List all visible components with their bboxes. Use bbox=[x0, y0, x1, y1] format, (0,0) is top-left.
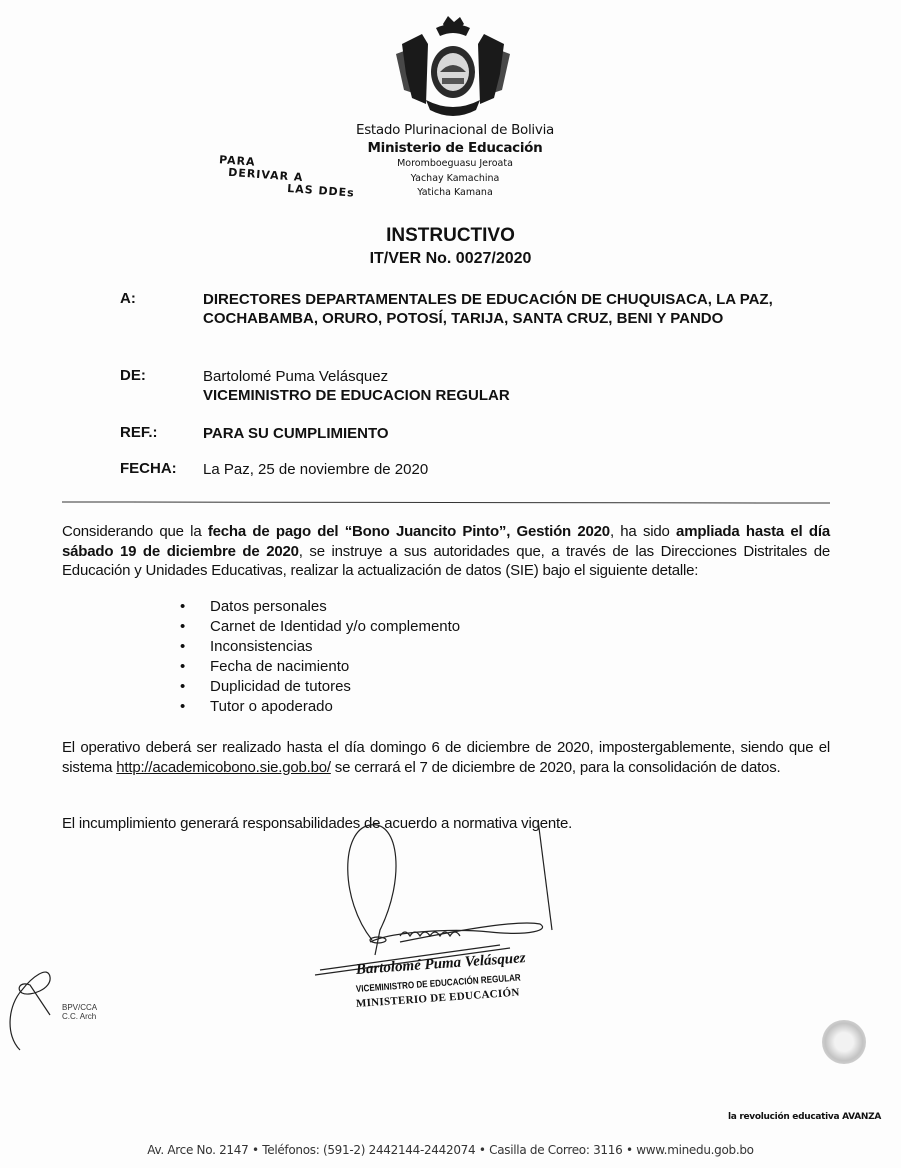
state-name: Estado Plurinacional de Bolivia bbox=[330, 122, 580, 138]
list-item: Carnet de Identidad y/o complemento bbox=[180, 617, 460, 637]
seal-stamp-icon bbox=[822, 1020, 866, 1064]
text: Considerando que la bbox=[62, 523, 208, 540]
document-number: IT/VER No. 0027/2020 bbox=[0, 250, 901, 268]
detail-list: Datos personales Carnet de Identidad y/o… bbox=[180, 597, 460, 717]
to-value: DIRECTORES DEPARTAMENTALES DE EDUCACIÓN … bbox=[203, 290, 843, 328]
list-item: Fecha de nacimiento bbox=[180, 657, 460, 677]
ref-label: REF.: bbox=[120, 424, 158, 441]
ministry-name: Ministerio de Educación bbox=[330, 140, 580, 156]
copy-archive: C.C. Arch bbox=[62, 1012, 96, 1021]
header-divider bbox=[62, 501, 830, 503]
initials-signature-icon bbox=[0, 955, 60, 1055]
list-item: Duplicidad de tutores bbox=[180, 677, 460, 697]
reference-initials: BPV/CCA bbox=[62, 1003, 97, 1012]
text: se cerrará el 7 de diciembre de 2020, pa… bbox=[331, 759, 781, 776]
footer-slogan: la revolución educativa AVANZA bbox=[728, 1112, 881, 1122]
ref-value: PARA SU CUMPLIMIENTO bbox=[203, 424, 389, 443]
body-paragraph-1: Considerando que la fecha de pago del “B… bbox=[62, 522, 830, 581]
from-label: DE: bbox=[120, 367, 146, 384]
to-label: A: bbox=[120, 290, 136, 307]
date-label: FECHA: bbox=[120, 460, 177, 477]
list-item: Tutor o apoderado bbox=[180, 697, 460, 717]
from-name: Bartolomé Puma Velásquez bbox=[203, 367, 510, 386]
from-title: VICEMINISTRO DE EDUCACION REGULAR bbox=[203, 386, 510, 405]
document-title: INSTRUCTIVO bbox=[0, 225, 901, 247]
body-paragraph-2: El operativo deberá ser realizado hasta … bbox=[62, 738, 830, 777]
footer-address: Av. Arce No. 2147 • Teléfonos: (591-2) 2… bbox=[0, 1143, 901, 1157]
list-item: Datos personales bbox=[180, 597, 460, 617]
bold-text: fecha de pago del “Bono Juancito Pinto”,… bbox=[208, 523, 610, 540]
text: , ha sido bbox=[610, 523, 676, 540]
system-link[interactable]: http://academicobono.sie.gob.bo/ bbox=[116, 759, 331, 776]
from-value: Bartolomé Puma Velásquez VICEMINISTRO DE… bbox=[203, 367, 510, 405]
list-item: Inconsistencias bbox=[180, 637, 460, 657]
date-value: La Paz, 25 de noviembre de 2020 bbox=[203, 460, 428, 479]
coat-of-arms-icon bbox=[388, 14, 518, 126]
